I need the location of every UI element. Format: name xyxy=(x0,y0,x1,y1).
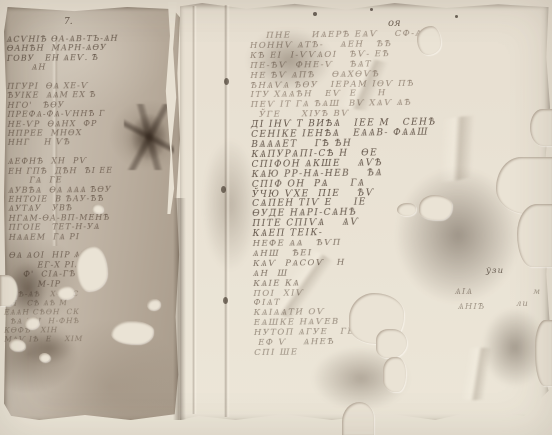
right-quire-mark: оя xyxy=(388,18,401,29)
parchment-hole xyxy=(76,246,107,291)
parchment-hole xyxy=(417,26,441,55)
right-edge-text-fragment: м xyxy=(533,287,541,297)
parchment-hole xyxy=(517,204,552,267)
parchment-hole xyxy=(397,203,416,216)
parchment-hole xyxy=(39,353,50,362)
parchment-hole xyxy=(530,109,552,146)
parchment-hole xyxy=(57,286,74,299)
left-folio-mark: 7. xyxy=(64,17,73,27)
parchment-hole xyxy=(9,339,25,351)
right-edge-text-fragment: ли xyxy=(516,299,529,309)
right-edge-text-fragment: ўзи xyxy=(486,266,504,276)
right-edge-text-fragment: ѦІѦ xyxy=(455,286,473,297)
parchment-hole xyxy=(383,357,406,392)
parchment-hole xyxy=(111,321,153,344)
parchment-hole xyxy=(342,402,374,435)
parchment-hole xyxy=(419,195,452,220)
right-edge-text-fragment: ѦНІѢ xyxy=(458,301,485,312)
parchment-hole xyxy=(535,320,552,386)
manuscript-photo: 7. оя ѦСѴНІѢ ѲА-ѦВ-ТЪ-ѦНѲАНѢН МАРН-ѦѲУГО… xyxy=(0,0,552,435)
parchment-hole xyxy=(92,204,103,213)
